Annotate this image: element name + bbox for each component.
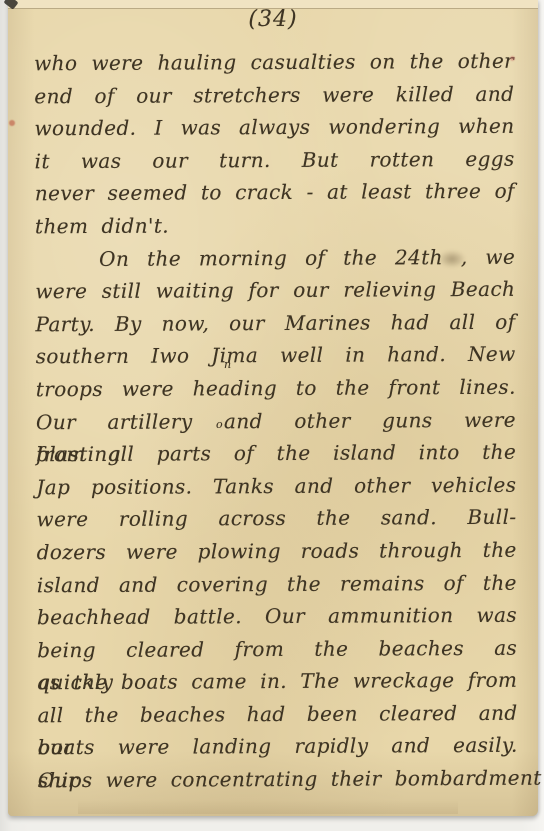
- handwriting-line: Jap positions. Tanks and other vehicles: [36, 468, 516, 503]
- insertion-mark: n: [224, 358, 231, 371]
- handwriting-line: southern Iwo Jima well in hand. New: [36, 338, 516, 373]
- handwriting-line: from all parts of the island into the: [36, 436, 516, 471]
- handwriting-line: island and covering the remains of the: [37, 566, 517, 601]
- handwriting-line: Our artillery and other guns were blasti…: [36, 403, 516, 438]
- scanned-document-background: { "colors": { "paper": "#e8d7aa", "paper…: [0, 0, 544, 831]
- handwriting-line: On the morning of the 24th , we: [35, 240, 515, 275]
- document-page: (34) who were hauling casualties on the …: [8, 0, 538, 816]
- bottom-edge-shading: [78, 800, 458, 814]
- handwriting-line: Party. By now, our Marines had all of: [35, 305, 515, 340]
- handwriting-line: being cleared from the beaches as quickl…: [37, 631, 517, 666]
- handwriting-line: all the beaches had been cleared and our: [37, 697, 517, 732]
- insertion-mark: o: [216, 418, 223, 431]
- handwriting-line: end of our stretchers were killed and: [34, 77, 514, 112]
- handwriting-line: them didn't.: [35, 208, 515, 243]
- page-number: (34): [8, 7, 538, 32]
- handwriting-line: boats were landing rapidly and easily. O…: [38, 729, 518, 764]
- handwriting-line: ships were concentrating their bombardme…: [38, 762, 518, 797]
- handwriting-lines: who were hauling casualties on the other…: [34, 45, 518, 797]
- handwriting-line: wounded. I was always wondering when: [34, 110, 514, 145]
- handwriting-line: were still waiting for our relieving Bea…: [35, 273, 515, 308]
- handwriting-line: troops were heading to the front lines.: [36, 371, 516, 406]
- handwriting-line: beachhead battle. Our ammunition was: [37, 599, 517, 634]
- handwriting-line: as the boats came in. The wreckage from: [37, 664, 517, 699]
- handwriting-line: who were hauling casualties on the other: [34, 45, 514, 80]
- handwriting-line: were rolling across the sand. Bull-: [36, 501, 516, 536]
- handwriting-line: it was our turn. But rotten eggs: [35, 143, 515, 178]
- handwriting-line: dozers were plowing roads through the: [37, 534, 517, 569]
- handwriting-line: never seemed to crack - at least three o…: [35, 175, 515, 210]
- red-dot-stain: [9, 120, 15, 126]
